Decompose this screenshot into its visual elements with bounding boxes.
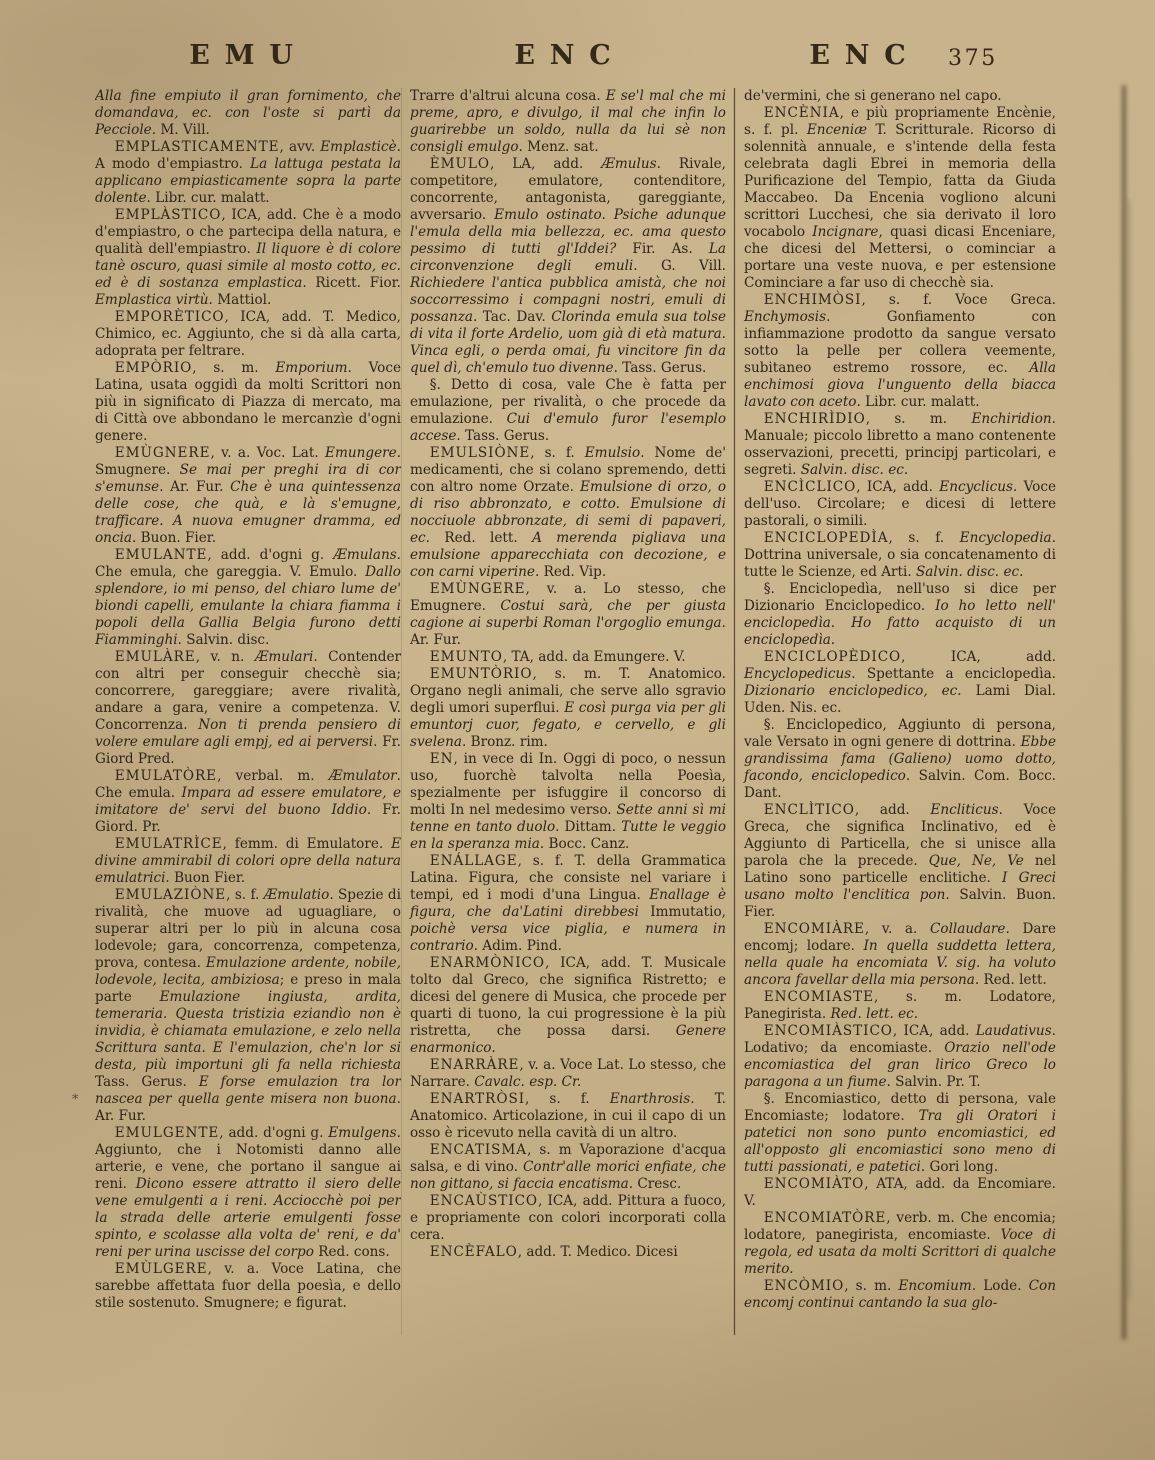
entry-paragraph: EMULÀRE, v. n. Æmulari. Contender con al… xyxy=(95,649,401,768)
italic-text-run: Encliticus xyxy=(930,802,998,818)
text-run: Fir. As. xyxy=(632,241,708,257)
headword: ENCÌCLICO xyxy=(764,479,857,495)
italic-text-run: Æmulus xyxy=(601,156,656,172)
entry-paragraph: ENCÈFALO, add. T. Medico. Dicesi xyxy=(410,1244,726,1261)
continuation-paragraph: Alla fine empiuto il gran fornimento, ch… xyxy=(95,88,401,139)
text-run: . Adim. Pind. xyxy=(474,938,562,954)
text-run: , TA, add. da Emungere. V. xyxy=(503,649,686,665)
headword: EMULÀRE xyxy=(115,649,196,665)
headword: EMULATÒRE xyxy=(115,768,217,784)
text-run: . Libr. cur. malatt. xyxy=(147,190,270,206)
italic-text-run: Collaudare. xyxy=(930,921,1022,937)
page-number: 375 xyxy=(948,46,998,71)
entry-paragraph: §. Enciclopedìa, nell'uso si dice per Di… xyxy=(744,581,1056,649)
text-run: , s. m. xyxy=(866,411,972,427)
entry-paragraph: EMUNTO, TA, add. da Emungere. V. xyxy=(410,649,726,666)
italic-text-run: Salvin. disc. ec. xyxy=(801,462,908,478)
text-run: , s. f. xyxy=(888,530,959,546)
entry-paragraph: EMÙLGERE, v. a. Voce Latina, che sarebbe… xyxy=(95,1261,401,1312)
italic-text-run: Enceniæ xyxy=(807,122,876,138)
text-run: Immutatio, xyxy=(650,904,726,920)
text-run: . Mattiol. xyxy=(209,292,272,308)
entry-paragraph: EMULAZIÒNE, s. f. Æmulatio. Spezie di ri… xyxy=(95,887,401,1125)
headword: ENCHIRÌDIO xyxy=(764,411,866,427)
headword: EMPORÈTICO xyxy=(115,309,225,325)
text-run: . Menz. sat. xyxy=(519,139,599,155)
headword: ENCATISMA xyxy=(430,1142,527,1158)
page-edge-shadow xyxy=(1122,85,1126,1340)
entry-paragraph: ENARTRÒSI, s. f. Enarthrosis. T. Anatomi… xyxy=(410,1091,726,1142)
entry-paragraph: ENARRÀRE, v. a. Voce Lat. Lo stesso, che… xyxy=(410,1057,726,1091)
italic-text-run: Cavalc. esp. Cr. xyxy=(474,1074,581,1090)
entry-paragraph: ENCHIMÒSI, s. f. Voce Greca. Enchymosis.… xyxy=(744,292,1056,411)
entry-paragraph: ENCOMIATÒRE, verb. m. Che encomia; lodat… xyxy=(744,1210,1056,1278)
entry-paragraph: §. Detto di cosa, vale Che è fatta per e… xyxy=(410,377,726,445)
text-run: . Dittam. xyxy=(555,819,621,835)
text-run: . Lode. xyxy=(972,1278,1029,1294)
headword: EMÙGNERE xyxy=(115,445,211,461)
text-run: . xyxy=(491,1040,495,1056)
headword: ENCÈFALO xyxy=(430,1244,518,1260)
running-head-right: ENC xyxy=(795,40,935,71)
italic-text-run: Æmulari xyxy=(255,649,314,665)
entry-paragraph: EMPORÈTICO, ICA, add. T. Medico, Chimico… xyxy=(95,309,401,360)
italic-text-run: Emulgens xyxy=(328,1125,396,1141)
text-run: . G. Vill. xyxy=(633,258,726,274)
text-run: de'vermini, che si generano nel capo. xyxy=(744,88,1002,104)
entry-paragraph: EMULATÒRE, verbal. m. Æmulator. Che emul… xyxy=(95,768,401,836)
entry-paragraph: ENCOMIÀRE, v. a. Collaudare. Dare encomj… xyxy=(744,921,1056,989)
text-run: Trarre d'altrui alcuna cosa. xyxy=(410,88,606,104)
text-run: , v. a. xyxy=(865,921,930,937)
headword: ENCOMIÀRE xyxy=(764,921,865,937)
text-run: , s. m. xyxy=(844,1278,898,1294)
text-run: . Bocc. Canz. xyxy=(540,836,629,852)
headword: EN xyxy=(430,751,454,767)
italic-text-run: Emungere xyxy=(325,445,397,461)
text-run: . Buon Fier. xyxy=(165,870,245,886)
dictionary-page: EMU ENC ENC 375 Alla fine empiuto il gra… xyxy=(0,0,1155,1460)
entry-paragraph: EMÙGNERE, v. a. Voc. Lat. Emungere. Smug… xyxy=(95,445,401,547)
text-run: , v. n. xyxy=(196,649,255,665)
text-run: , s. f. Voce Greca. xyxy=(861,292,1056,308)
continuation-paragraph: Trarre d'altrui alcuna cosa. E se'l mal … xyxy=(410,88,726,156)
headword: ENCÒMIO xyxy=(764,1278,844,1294)
text-run: , s. m. xyxy=(192,360,275,376)
text-run: . Salvin. Pr. T. xyxy=(887,1074,981,1090)
italic-text-run: Encomium xyxy=(898,1278,971,1294)
text-run: . Red. lett. xyxy=(975,972,1047,988)
entry-paragraph: EMÙNGERE, v. a. Lo stesso, che Emugnere.… xyxy=(410,581,726,649)
headword: ÈMULO xyxy=(430,156,490,172)
column-1: Alla fine empiuto il gran fornimento, ch… xyxy=(95,88,401,1360)
text-run: M. Vill. xyxy=(160,122,210,138)
page-edge-shadow-secondary xyxy=(1128,200,1130,1300)
italic-text-run: Dizionario enciclopedico, ec. xyxy=(744,683,976,699)
headword: ENCOMIASTE xyxy=(764,989,874,1005)
headword: EMPLASTICAMENTE xyxy=(115,139,280,155)
headword: ENCOMIÀSTICO xyxy=(764,1023,893,1039)
text-run: Red. lett. xyxy=(444,530,532,546)
running-head-center: ENC xyxy=(410,40,730,71)
headword: EMULANTE xyxy=(115,547,208,563)
headword: EMPÒRIO xyxy=(115,360,193,376)
italic-text-run: Æmulans xyxy=(333,547,396,563)
running-head-left: EMU xyxy=(95,40,402,71)
text-columns: Alla fine empiuto il gran fornimento, ch… xyxy=(95,88,1057,1360)
text-run: . Salvin. disc. xyxy=(178,632,270,648)
italic-text-run: Que, Ne, Ve xyxy=(929,853,1035,869)
italic-text-run: Emporium xyxy=(275,360,347,376)
italic-text-run: poichè versa vice piglia, e numera in co… xyxy=(410,921,726,954)
text-run: . Ar. Fur. xyxy=(159,479,230,495)
headword: EMULSIÒNE xyxy=(430,445,531,461)
entry-paragraph: ÈMULO, LA, add. Æmulus. Rivale, competit… xyxy=(410,156,726,377)
italic-text-run: Æmulatio xyxy=(264,887,330,903)
headword: EMULATRÌCE xyxy=(115,836,223,852)
headword: ENCAÙSTICO xyxy=(430,1193,538,1209)
text-run: , s. f. xyxy=(525,1091,610,1107)
entry-paragraph: EMULANTE, add. d'ogni g. Æmulans. Che em… xyxy=(95,547,401,649)
headword: EMULGENTE xyxy=(115,1125,220,1141)
headword: ENCICLOPEDÌA xyxy=(764,530,889,546)
text-run: , ICA, add. xyxy=(856,479,939,495)
entry-paragraph: ENCOMIASTE, s. m. Lodatore, Panegirista.… xyxy=(744,989,1056,1023)
headword: ENÁLLAGE xyxy=(430,853,518,869)
text-run: Tass. Gerus. xyxy=(95,1074,199,1090)
continuation-paragraph: de'vermini, che si generano nel capo. xyxy=(744,88,1056,105)
entry-paragraph: ENCICLOPÈDICO, ICA, add. Encyclopedicus.… xyxy=(744,649,1056,717)
text-run: . Ricett. Fior. xyxy=(302,275,401,291)
text-run: . Red. Vip. xyxy=(535,564,606,580)
entry-paragraph: §. Enciclopedico, Aggiunto di persona, v… xyxy=(744,717,1056,802)
entry-paragraph: EMULSIÒNE, s. f. Emulsio. Nome de' medic… xyxy=(410,445,726,581)
headword: EMÙLGERE xyxy=(115,1261,208,1277)
entry-paragraph: ENCAÙSTICO, ICA, add. Pittura a fuoco, e… xyxy=(410,1193,726,1244)
text-run: , LA, add. xyxy=(490,156,601,172)
entry-paragraph: ENCOMIÀTO, ATA, add. da Encomiare. V. xyxy=(744,1176,1056,1210)
entry-paragraph: ENCOMIÀSTICO, ICA, add. Laudativus. Loda… xyxy=(744,1023,1056,1091)
text-run: , add. d'ogni g. xyxy=(219,1125,328,1141)
headword: ENCOMIATÒRE xyxy=(764,1210,887,1226)
text-run: . Buon. Fier. xyxy=(132,530,216,546)
italic-text-run: Incignare xyxy=(812,224,878,240)
italic-text-run: Encyclopedicus xyxy=(744,666,851,682)
headword: ENCHIMÒSI xyxy=(764,292,862,308)
text-run: . Cresc. xyxy=(629,1176,682,1192)
headword: ENARRÀRE xyxy=(430,1057,520,1073)
text-run: , s. f. xyxy=(226,887,263,903)
text-run: . Tass. Gerus. xyxy=(456,428,549,444)
text-run: , verbal. m. xyxy=(217,768,329,784)
italic-text-run: Salvin. disc. ec. xyxy=(916,564,1023,580)
italic-text-run: Encyclicus xyxy=(939,479,1013,495)
italic-text-run: Emulsio xyxy=(585,445,640,461)
italic-text-run: Red. lett. ec. xyxy=(831,1006,919,1022)
entry-paragraph: EMULGENTE, add. d'ogni g. Emulgens. Aggi… xyxy=(95,1125,401,1261)
column-3: de'vermini, che si generano nel capo.ENC… xyxy=(735,88,1056,1360)
text-run: , avv. xyxy=(280,139,321,155)
headword: ENARTRÒSI xyxy=(430,1091,525,1107)
entry-paragraph: ENCÌCLICO, ICA, add. Encyclicus. Voce de… xyxy=(744,479,1056,530)
entry-paragraph: §. Encomiastico, detto di persona, vale … xyxy=(744,1091,1056,1176)
headword: EMÙNGERE xyxy=(430,581,526,597)
entry-paragraph: ENCHIRÌDIO, s. m. Enchiridion. Manuale; … xyxy=(744,411,1056,479)
text-run: . Bronz. rim. xyxy=(462,734,548,750)
text-run: Red. cons. xyxy=(318,1244,389,1260)
entry-paragraph: EN, in vece di In. Oggi di poco, o nessu… xyxy=(410,751,726,853)
entry-paragraph: EMPLASTICAMENTE, avv. Emplasticè. A modo… xyxy=(95,139,401,207)
italic-text-run: Enchiridion xyxy=(971,411,1051,427)
margin-ink-mark: ⁎ xyxy=(72,1088,79,1103)
text-run: , femm. di Emulatore. xyxy=(223,836,391,852)
headword: EMUNTÒRIO xyxy=(430,666,533,682)
text-run: . Tass. Gerus. xyxy=(614,360,707,376)
text-run: . Spettante a enciclopedìa. xyxy=(851,666,1056,682)
headword: ENCLÌTICO xyxy=(764,802,855,818)
entry-paragraph: EMPÒRIO, s. m. Emporium. Voce Latina, us… xyxy=(95,360,401,445)
headword: EMPLÀSTICO xyxy=(115,207,222,223)
entry-paragraph: ENCÈNIA, e più propriamente Encènie, s. … xyxy=(744,105,1056,292)
italic-text-run: Alla fine empiuto il gran fornimento, ch… xyxy=(95,88,401,138)
column-2: Trarre d'altrui alcuna cosa. E se'l mal … xyxy=(402,88,734,1360)
text-run: , v. a. Voc. Lat. xyxy=(210,445,325,461)
text-run: T. Scritturale. Ricorso di solennità ann… xyxy=(744,122,1056,240)
entry-paragraph: ENCICLOPEDÌA, s. f. Encyclopedia. Dottri… xyxy=(744,530,1056,581)
entry-paragraph: EMUNTÒRIO, s. m. T. Anatomico. Organo ne… xyxy=(410,666,726,751)
page-header: EMU ENC ENC 375 xyxy=(0,40,1155,80)
text-run: . Gori long. xyxy=(921,1159,998,1175)
text-run: §. Enciclopedico, Aggiunto di persona, v… xyxy=(744,717,1056,750)
italic-text-run: Encyclopedia xyxy=(960,530,1052,546)
text-run: , add. xyxy=(855,802,931,818)
text-run: , add. d'ogni g. xyxy=(207,547,333,563)
italic-text-run: Laudativus xyxy=(976,1023,1052,1039)
entry-paragraph: ENARMÒNICO, ICA, add. T. Musicale tolto … xyxy=(410,955,726,1057)
text-run: , ICA, add. xyxy=(901,649,1056,665)
entry-paragraph: ENCATISMA, s. m Vaporazione d'acqua sals… xyxy=(410,1142,726,1193)
italic-text-run: Enchymosis xyxy=(744,309,826,325)
headword: EMULAZIÒNE xyxy=(115,887,226,903)
text-run: , ICA, add. xyxy=(893,1023,976,1039)
text-run: , s. f. xyxy=(530,445,584,461)
italic-text-run: Æmulator xyxy=(329,768,397,784)
headword: ENCICLOPÈDICO xyxy=(764,649,901,665)
text-run: . Tac. Dav. xyxy=(473,309,551,325)
italic-text-run: Emplastica virtù xyxy=(95,292,209,308)
headword: ENCOMIÀTO xyxy=(764,1176,865,1192)
entry-paragraph: EMULATRÌCE, femm. di Emulatore. E divine… xyxy=(95,836,401,887)
headword: ENARMÒNICO xyxy=(430,955,545,971)
text-run: . Libr. cur. malatt. xyxy=(857,394,980,410)
entry-paragraph: ENÁLLAGE, s. f. T. della Grammatica Lati… xyxy=(410,853,726,955)
italic-text-run: Enarthrosis xyxy=(610,1091,690,1107)
headword: ENCÈNIA xyxy=(764,105,840,121)
headword: EMUNTO xyxy=(430,649,503,665)
text-run: , add. T. Medico. Dicesi xyxy=(518,1244,678,1260)
entry-paragraph: EMPLÀSTICO, ICA, add. Che è a modo d'emp… xyxy=(95,207,401,309)
italic-text-run: Emplasticè xyxy=(320,139,396,155)
entry-paragraph: ENCLÌTICO, add. Encliticus. Voce Greca, … xyxy=(744,802,1056,921)
entry-paragraph: ENCÒMIO, s. m. Encomium. Lode. Con encom… xyxy=(744,1278,1056,1312)
